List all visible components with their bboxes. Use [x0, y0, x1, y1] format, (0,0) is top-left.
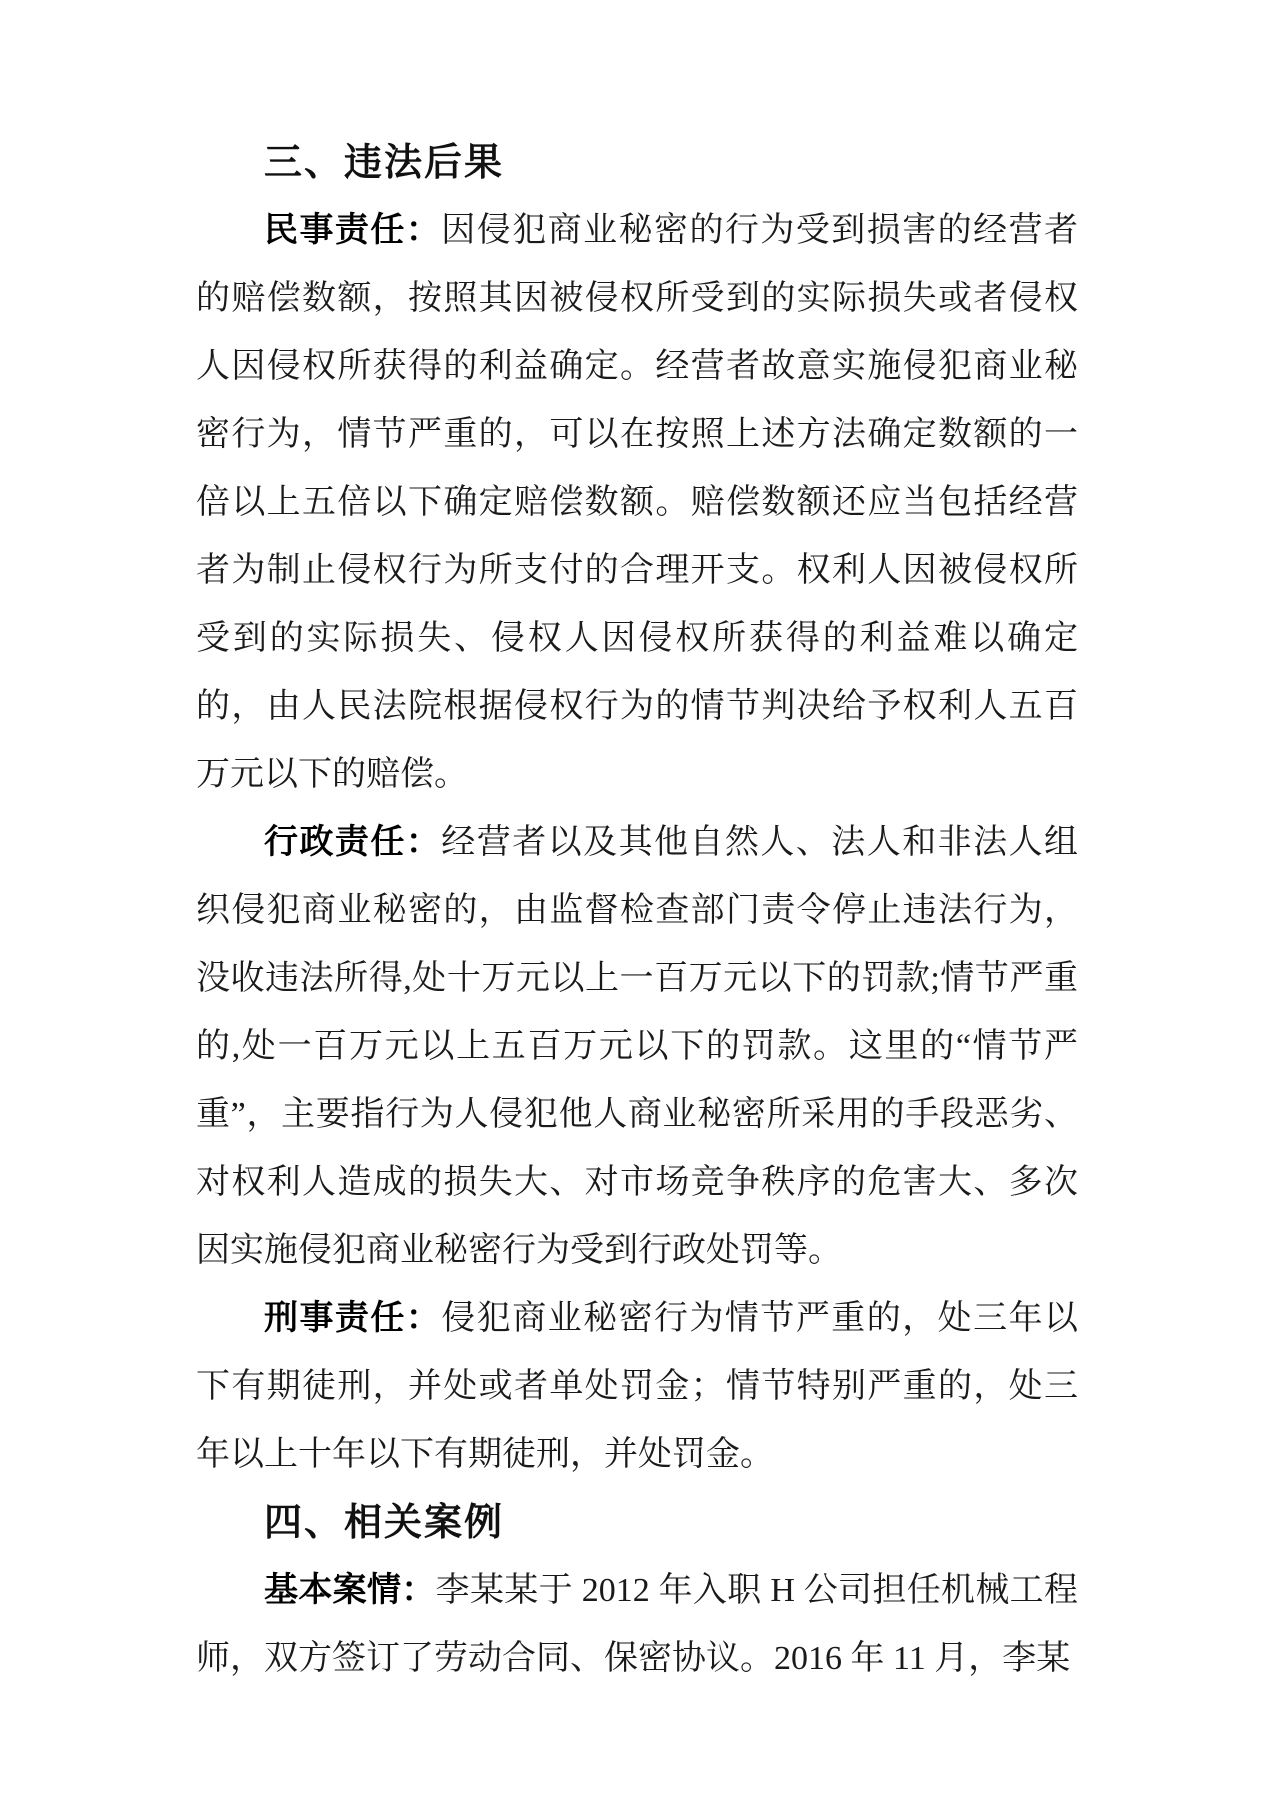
paragraph-civil-liability: 民事责任：因侵犯商业秘密的行为受到损害的经营者的赔偿数额，按照其因被侵权所受到的… [196, 197, 1078, 809]
basic-case-facts-colon: ： [401, 1572, 435, 1609]
administrative-liability-text: 经营者以及其他自然人、法人和非法人组织侵犯商业秘密的，由监督检查部门责令停止违法… [196, 824, 1078, 1269]
administrative-liability-colon: ： [406, 824, 441, 861]
paragraph-basic-case-facts: 基本案情：李某某于 2012 年入职 H 公司担任机械工程师，双方签订了劳动合同… [196, 1557, 1078, 1693]
administrative-liability-label: 行政责任 [264, 824, 406, 861]
section-heading-violation-consequences: 三、违法后果 [196, 129, 1078, 197]
civil-liability-colon: ： [406, 212, 441, 249]
paragraph-administrative-liability: 行政责任：经营者以及其他自然人、法人和非法人组织侵犯商业秘密的，由监督检查部门责… [196, 809, 1078, 1285]
civil-liability-text: 因侵犯商业秘密的行为受到损害的经营者的赔偿数额，按照其因被侵权所受到的实际损失或… [196, 212, 1078, 793]
criminal-liability-label: 刑事责任 [264, 1300, 406, 1337]
document-page: 三、违法后果 民事责任：因侵犯商业秘密的行为受到损害的经营者的赔偿数额，按照其因… [0, 0, 1280, 1810]
section-heading-related-cases: 四、相关案例 [196, 1489, 1078, 1557]
criminal-liability-colon: ： [406, 1300, 441, 1337]
civil-liability-label: 民事责任 [264, 212, 406, 249]
basic-case-facts-label: 基本案情 [264, 1572, 401, 1609]
paragraph-criminal-liability: 刑事责任：侵犯商业秘密行为情节严重的，处三年以下有期徒刑，并处或者单处罚金；情节… [196, 1285, 1078, 1489]
